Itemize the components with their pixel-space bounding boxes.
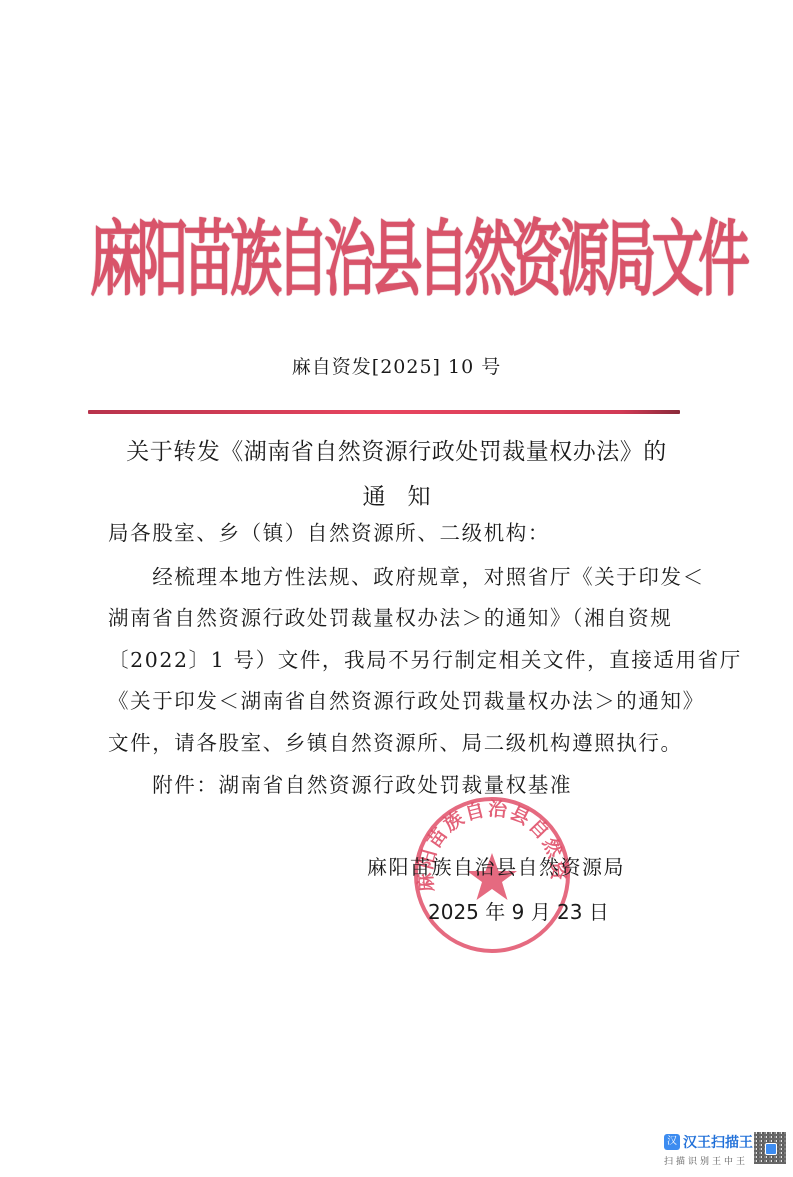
- notice-title-line2: 通知: [0, 478, 793, 511]
- qr-logo-icon: [765, 1143, 777, 1155]
- signing-organization: 麻阳苗族自治县自然资源局: [367, 851, 625, 880]
- paragraph-line: 湖南省自然资源行政处罚裁量权办法＞的通知》（湘自资规: [108, 601, 672, 631]
- paragraph-line: 《关于印发＜湖南省自然资源行政处罚裁量权办法＞的通知》: [108, 684, 705, 714]
- red-divider: [88, 410, 680, 414]
- attachment-line: 附件：湖南省自然资源行政处罚裁量权基准: [108, 768, 572, 798]
- scanner-watermark: 汉 汉王扫描王 扫描识别王中王: [664, 1132, 789, 1172]
- app-slogan: 扫描识别王中王: [664, 1154, 748, 1167]
- document-number: 麻自资发[2025] 10 号: [0, 352, 793, 379]
- paragraph-line: 经梳理本地方性法规、政府规章，对照省厅《关于印发＜: [108, 560, 705, 590]
- paragraph-line: 文件，请各股室、乡镇自然资源所、局二级机构遵照执行。: [108, 726, 683, 756]
- paragraph-line: 〔2022〕1 号）文件，我局不另行制定相关文件，直接适用省厅: [108, 643, 742, 673]
- masthead-title: 麻阳苗族自治县自然资源局文件: [90, 204, 558, 317]
- app-name: 汉王扫描王: [683, 1132, 753, 1152]
- signing-date: 2025 年 9 月 23 日: [428, 896, 609, 925]
- app-logo-icon: 汉: [664, 1134, 680, 1150]
- salutation: 局各股室、乡（镇）自然资源所、二级机构：: [108, 516, 550, 546]
- notice-title-line1: 关于转发《湖南省自然资源行政处罚裁量权办法》的: [0, 433, 793, 466]
